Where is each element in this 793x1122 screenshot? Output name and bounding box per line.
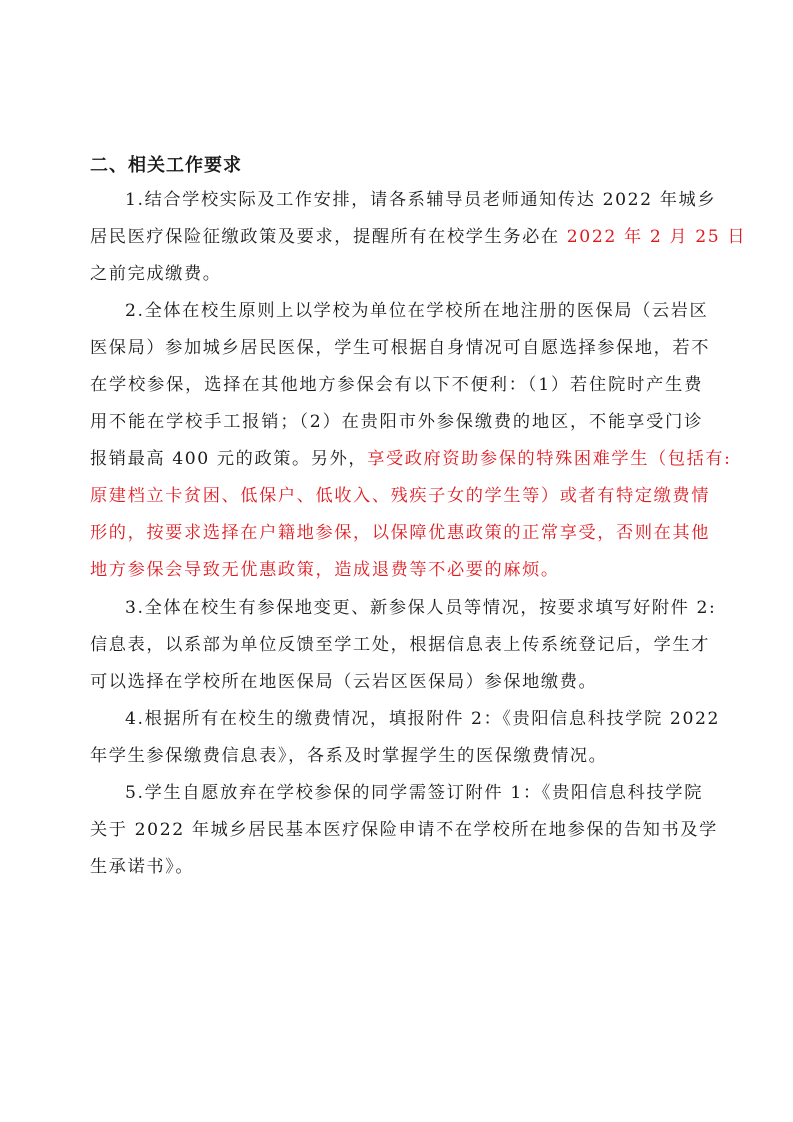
body-text: 2.全体在校生原则上以学校为单位在学校所在地注册的医保局（云岩区 xyxy=(125,301,708,321)
body-text: 生承诺书》。 xyxy=(90,857,194,877)
paragraph-line: 地方参保会导致无优惠政策，造成退费等不必要的麻烦。 xyxy=(90,558,703,582)
body-text: 在学校参保，选择在其他地方参保会有以下不便利：（1）若住院时产生费 xyxy=(90,375,703,395)
section-heading: 二、相关工作要求 xyxy=(90,151,242,177)
body-text: 医保局）参加城乡居民医保，学生可根据自身情况可自愿选择参保地，若不 xyxy=(90,338,710,358)
paragraph-line: 2.全体在校生原则上以学校为单位在学校所在地注册的医保局（云岩区 xyxy=(125,299,703,323)
paragraph-line: 在学校参保，选择在其他地方参保会有以下不便利：（1）若住院时产生费 xyxy=(90,373,703,397)
paragraph-line: 报销最高 400 元的政策。另外，享受政府资助参保的特殊困难学生（包括有: xyxy=(90,447,703,471)
highlighted-text: 原建档立卡贫困、低保户、低收入、残疾子女的学生等）或者有特定缴费情 xyxy=(90,486,710,506)
paragraph-line: 用不能在学校手工报销；（2）在贵阳市外参保缴费的地区，不能享受门诊 xyxy=(90,410,703,434)
body-text: 之前完成缴费。 xyxy=(90,264,222,284)
highlighted-text: 享受政府资助参保的特殊困难学生（包括有: xyxy=(367,449,731,469)
body-text: 可以选择在学校所在地医保局（云岩区医保局）参保地缴费。 xyxy=(90,672,597,692)
paragraph-line: 居民医疗保险征缴政策及要求，提醒所有在校学生务必在 2022 年 2 月 25 … xyxy=(90,225,703,249)
paragraph-line: 可以选择在学校所在地医保局（云岩区医保局）参保地缴费。 xyxy=(90,670,703,694)
document-page: 二、相关工作要求 1.结合学校实际及工作安排，请各系辅导员老师通知传达 2022… xyxy=(0,0,793,1122)
body-text: 3.全体在校生有参保地变更、新参保人员等情况，按要求填写好附件 2: xyxy=(125,598,716,618)
body-text: 1.结合学校实际及工作安排，请各系辅导员老师通知传达 2022 年城乡 xyxy=(125,190,716,210)
body-text: 关于 2022 年城乡居民基本医疗保险申请不在学校所在地参保的告知书及学 xyxy=(90,820,718,840)
paragraph-line: 年学生参保缴费信息表》，各系及时掌握学生的医保缴费情况。 xyxy=(90,744,703,768)
highlighted-text: 形的，按要求选择在户籍地参保，以保障优惠政策的正常享受，否则在其他 xyxy=(90,523,710,543)
paragraph-line: 原建档立卡贫困、低保户、低收入、残疾子女的学生等）或者有特定缴费情 xyxy=(90,484,703,508)
paragraph-line: 1.结合学校实际及工作安排，请各系辅导员老师通知传达 2022 年城乡 xyxy=(125,188,703,212)
body-text: 5.学生自愿放弃在学校参保的同学需签订附件 1：《贵阳信息科技学院 xyxy=(125,783,703,803)
body-text: 信息表，以系部为单位反馈至学工处，根据信息表上传系统登记后，学生才 xyxy=(90,635,710,655)
body-text: 报销最高 400 元的政策。另外， xyxy=(90,449,367,469)
paragraph-line: 之前完成缴费。 xyxy=(90,262,703,286)
highlighted-text: 2022 年 2 月 25 日 xyxy=(567,227,746,247)
paragraph-line: 3.全体在校生有参保地变更、新参保人员等情况，按要求填写好附件 2: xyxy=(125,596,703,620)
paragraph-line: 形的，按要求选择在户籍地参保，以保障优惠政策的正常享受，否则在其他 xyxy=(90,521,703,545)
paragraph-line: 5.学生自愿放弃在学校参保的同学需签订附件 1：《贵阳信息科技学院 xyxy=(125,781,703,805)
paragraph-line: 4.根据所有在校生的缴费情况，填报附件 2：《贵阳信息科技学院 2022 xyxy=(125,707,703,731)
body-text: 4.根据所有在校生的缴费情况，填报附件 2：《贵阳信息科技学院 2022 xyxy=(125,709,720,729)
paragraph-line: 生承诺书》。 xyxy=(90,855,703,879)
body-text: 用不能在学校手工报销；（2）在贵阳市外参保缴费的地区，不能享受门诊 xyxy=(90,412,703,432)
body-text: 年学生参保缴费信息表》，各系及时掌握学生的医保缴费情况。 xyxy=(90,746,607,766)
body-text: 居民医疗保险征缴政策及要求，提醒所有在校学生务必在 xyxy=(90,227,567,247)
paragraph-line: 信息表，以系部为单位反馈至学工处，根据信息表上传系统登记后，学生才 xyxy=(90,633,703,657)
highlighted-text: 地方参保会导致无优惠政策，造成退费等不必要的麻烦。 xyxy=(90,560,560,580)
paragraph-line: 关于 2022 年城乡居民基本医疗保险申请不在学校所在地参保的告知书及学 xyxy=(90,818,703,842)
paragraph-line: 医保局）参加城乡居民医保，学生可根据自身情况可自愿选择参保地，若不 xyxy=(90,336,703,360)
